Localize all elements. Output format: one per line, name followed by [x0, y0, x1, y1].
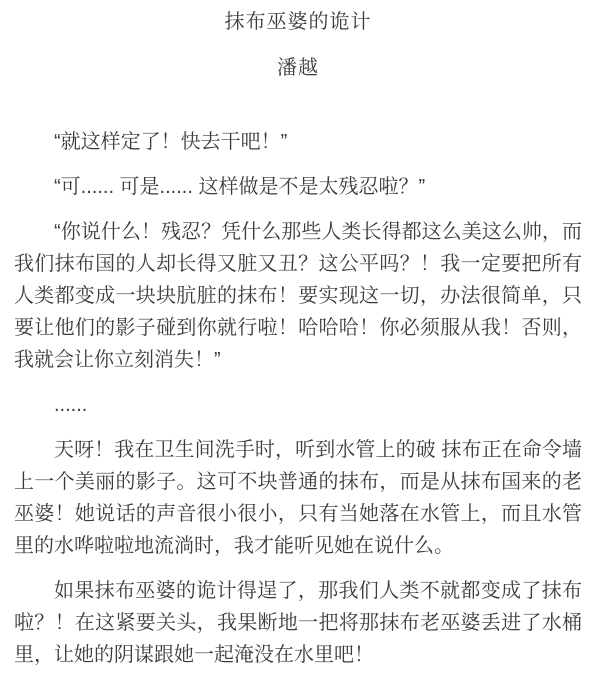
- story-author: 潘越: [14, 54, 582, 82]
- paragraph-ellipsis: ......: [14, 389, 582, 421]
- story-title: 抹布巫婆的诡计: [14, 8, 582, 36]
- document-page: 抹布巫婆的诡计 潘越 “就这样定了！快去干吧！” “可...... 可是....…: [0, 8, 596, 682]
- paragraph-narration-1: 天呀！我在卫生间洗手时，听到水管上的破 抹布正在命令墙上一个美丽的影子。这可不块…: [14, 434, 582, 562]
- story-body: “就这样定了！快去干吧！” “可...... 可是...... 这样做是不是太残…: [14, 126, 582, 671]
- paragraph-narration-2: 如果抹布巫婆的诡计得逞了，那我们人类不就都变成了抹布啦？！在这紧要关头，我果断地…: [14, 575, 582, 671]
- paragraph-dialogue-2: “可...... 可是...... 这样做是不是太残忍啦？”: [14, 171, 582, 203]
- paragraph-dialogue-3: “你说什么！残忍？凭什么那些人类长得都这么美这么帅，而我们抹布国的人却长得又脏又…: [14, 216, 582, 376]
- paragraph-dialogue-1: “就这样定了！快去干吧！”: [14, 126, 582, 158]
